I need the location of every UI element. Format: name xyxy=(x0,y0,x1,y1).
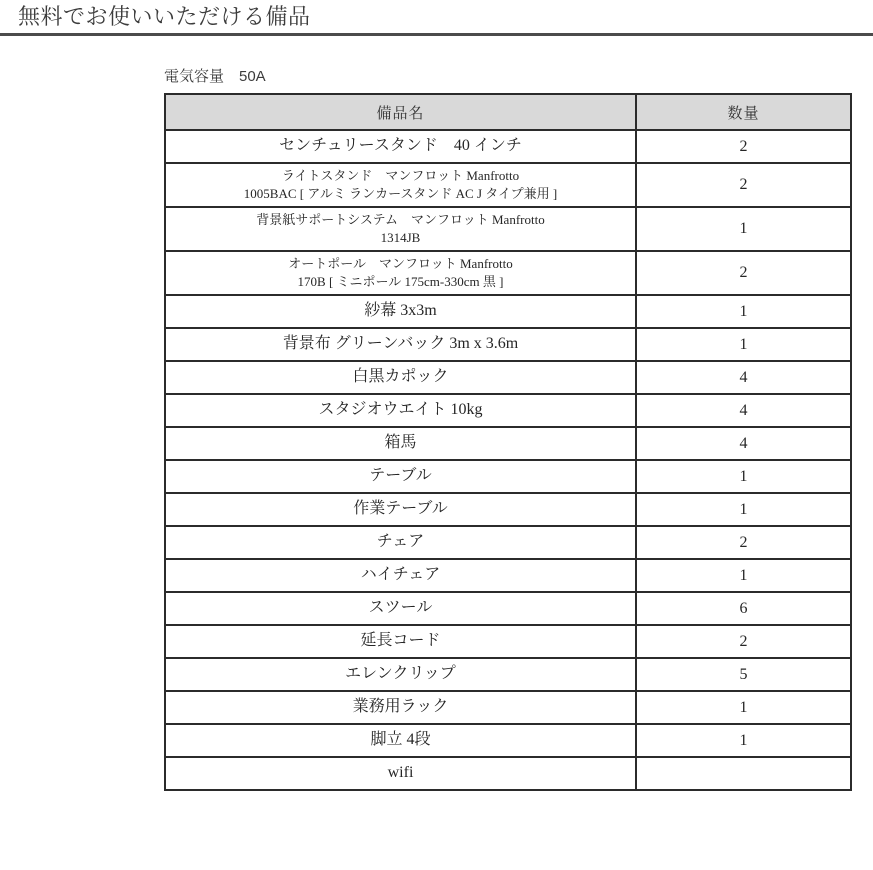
table-row: 紗幕 3x3m1 xyxy=(165,295,851,328)
item-name-cell: スツール xyxy=(165,592,636,625)
item-name-cell: ハイチェア xyxy=(165,559,636,592)
table-row: 白黒カポック4 xyxy=(165,361,851,394)
table-row: 背景布 グリーンバック 3m x 3.6m1 xyxy=(165,328,851,361)
item-quantity-cell: 4 xyxy=(636,394,851,427)
table-row: 箱馬4 xyxy=(165,427,851,460)
table-row: 脚立 4段1 xyxy=(165,724,851,757)
item-quantity-cell: 4 xyxy=(636,361,851,394)
table-row: テーブル1 xyxy=(165,460,851,493)
item-name-cell: ライトスタンド マンフロット Manfrotto 1005BAC [ アルミ ラ… xyxy=(165,163,636,207)
item-name-cell: オートポール マンフロット Manfrotto 170B [ ミニポール 175… xyxy=(165,251,636,295)
table-row: 業務用ラック1 xyxy=(165,691,851,724)
item-quantity-cell: 2 xyxy=(636,130,851,163)
column-header-item-name: 備品名 xyxy=(165,94,636,130)
item-quantity-cell: 1 xyxy=(636,691,851,724)
table-row: チェア2 xyxy=(165,526,851,559)
item-name-cell: 箱馬 xyxy=(165,427,636,460)
item-quantity-cell: 1 xyxy=(636,724,851,757)
item-quantity-cell: 2 xyxy=(636,251,851,295)
item-name-cell: 延長コード xyxy=(165,625,636,658)
table-row: 背景紙サポートシステム マンフロット Manfrotto 1314JB1 xyxy=(165,207,851,251)
item-name-cell: テーブル xyxy=(165,460,636,493)
table-row: ライトスタンド マンフロット Manfrotto 1005BAC [ アルミ ラ… xyxy=(165,163,851,207)
item-name-cell: 背景紙サポートシステム マンフロット Manfrotto 1314JB xyxy=(165,207,636,251)
item-quantity-cell: 4 xyxy=(636,427,851,460)
table-row: スツール6 xyxy=(165,592,851,625)
item-quantity-cell: 1 xyxy=(636,207,851,251)
item-name-cell: エレンクリップ xyxy=(165,658,636,691)
table-row: スタジオウエイト 10kg4 xyxy=(165,394,851,427)
header-row: 備品名 数量 xyxy=(165,94,851,130)
item-quantity-cell: 2 xyxy=(636,625,851,658)
item-name-cell: 白黒カポック xyxy=(165,361,636,394)
item-name-cell: センチュリースタンド 40 インチ xyxy=(165,130,636,163)
table-row: オートポール マンフロット Manfrotto 170B [ ミニポール 175… xyxy=(165,251,851,295)
item-name-cell: 背景布 グリーンバック 3m x 3.6m xyxy=(165,328,636,361)
item-name-cell: スタジオウエイト 10kg xyxy=(165,394,636,427)
item-quantity-cell: 6 xyxy=(636,592,851,625)
electric-capacity-label: 電気容量 50A xyxy=(164,65,873,86)
equipment-table-header: 備品名 数量 xyxy=(165,94,851,130)
equipment-table-body: センチュリースタンド 40 インチ2ライトスタンド マンフロット Manfrot… xyxy=(165,130,851,790)
page-header: 無料でお使いいただける備品 xyxy=(0,0,873,36)
table-row: 作業テーブル1 xyxy=(165,493,851,526)
item-name-cell: 作業テーブル xyxy=(165,493,636,526)
item-quantity-cell xyxy=(636,757,851,790)
item-quantity-cell: 2 xyxy=(636,163,851,207)
item-name-cell: チェア xyxy=(165,526,636,559)
table-row: センチュリースタンド 40 インチ2 xyxy=(165,130,851,163)
item-quantity-cell: 1 xyxy=(636,328,851,361)
table-row: wifi xyxy=(165,757,851,790)
item-name-cell: 紗幕 3x3m xyxy=(165,295,636,328)
item-quantity-cell: 1 xyxy=(636,460,851,493)
column-header-quantity: 数量 xyxy=(636,94,851,130)
item-name-cell: wifi xyxy=(165,757,636,790)
item-quantity-cell: 5 xyxy=(636,658,851,691)
table-row: エレンクリップ5 xyxy=(165,658,851,691)
table-row: 延長コード2 xyxy=(165,625,851,658)
item-name-cell: 脚立 4段 xyxy=(165,724,636,757)
item-quantity-cell: 1 xyxy=(636,493,851,526)
equipment-table: 備品名 数量 センチュリースタンド 40 インチ2ライトスタンド マンフロット … xyxy=(164,93,852,791)
title-divider xyxy=(0,33,873,36)
item-quantity-cell: 2 xyxy=(636,526,851,559)
item-name-cell: 業務用ラック xyxy=(165,691,636,724)
item-quantity-cell: 1 xyxy=(636,559,851,592)
content: 電気容量 50A 備品名 数量 センチュリースタンド 40 インチ2ライトスタン… xyxy=(0,65,873,791)
page-title: 無料でお使いいただける備品 xyxy=(0,0,873,30)
table-row: ハイチェア1 xyxy=(165,559,851,592)
item-quantity-cell: 1 xyxy=(636,295,851,328)
